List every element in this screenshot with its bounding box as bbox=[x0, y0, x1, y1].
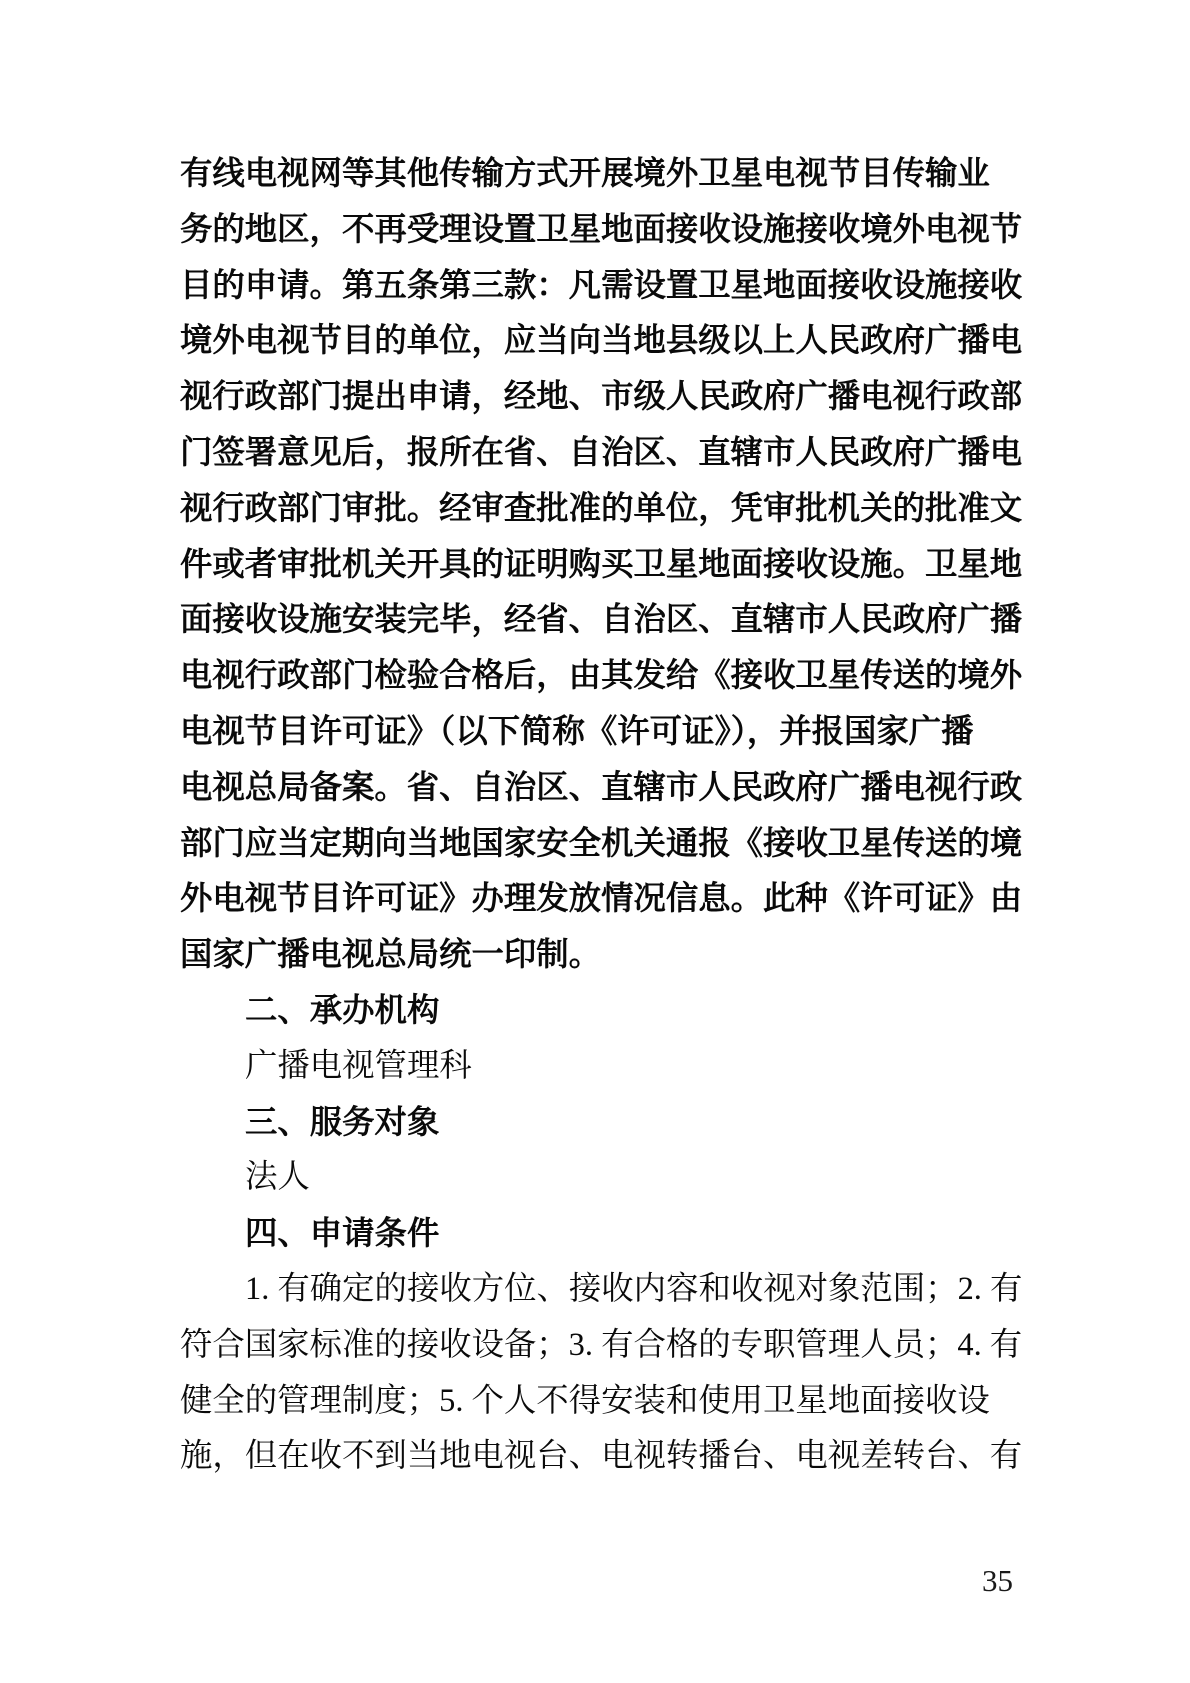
paragraph-line: 视行政部门提出申请，经地、市级人民政府广播电视行政部 bbox=[180, 369, 1030, 425]
section-body-audience: 法人 bbox=[180, 1150, 1030, 1206]
paragraph-line: 国家广播电视总局统一印制。 bbox=[180, 927, 1030, 983]
section-heading-organ: 二、承办机构 bbox=[180, 983, 1030, 1039]
paragraph-line: 电视总局备案。省、自治区、直辖市人民政府广播电视行政 bbox=[180, 760, 1030, 816]
paragraph-line: 电视行政部门检验合格后，由其发给《接收卫星传送的境外 bbox=[180, 648, 1030, 704]
paragraph-line: 视行政部门审批。经审查批准的单位，凭审批机关的批准文 bbox=[180, 481, 1030, 537]
paragraph-line: 务的地区，不再受理设置卫星地面接收设施接收境外电视节 bbox=[180, 202, 1030, 258]
paragraph-line: 电视节目许可证》（以下简称《许可证》），并报国家广播 bbox=[180, 704, 1030, 760]
section-heading-requirements: 四、申请条件 bbox=[180, 1206, 1030, 1262]
section-heading-audience: 三、服务对象 bbox=[180, 1095, 1030, 1151]
paragraph-line: 外电视节目许可证》办理发放情况信息。此种《许可证》由 bbox=[180, 871, 1030, 927]
condition-line: 符合国家标准的接收设备；3. 有合格的专职管理人员；4. 有 bbox=[180, 1318, 1030, 1374]
paragraph-line: 门签署意见后，报所在省、自治区、直辖市人民政府广播电 bbox=[180, 425, 1030, 481]
paragraph-line: 面接收设施安装完毕，经省、自治区、直辖市人民政府广播 bbox=[180, 592, 1030, 648]
condition-line: 健全的管理制度；5. 个人不得安装和使用卫星地面接收设 bbox=[180, 1374, 1030, 1430]
condition-line: 施，但在收不到当地电视台、电视转播台、电视差转台、有 bbox=[180, 1429, 1030, 1485]
section-body-organ: 广播电视管理科 bbox=[180, 1039, 1030, 1095]
paragraph-line: 部门应当定期向当地国家安全机关通报《接收卫星传送的境 bbox=[180, 816, 1030, 872]
condition-line: 1. 有确定的接收方位、接收内容和收视对象范围；2. 有 bbox=[180, 1262, 1030, 1318]
paragraph-line: 件或者审批机关开具的证明购买卫星地面接收设施。卫星地 bbox=[180, 537, 1030, 593]
paragraph-line: 境外电视节目的单位，应当向当地县级以上人民政府广播电 bbox=[180, 313, 1030, 369]
paragraph-line: 有线电视网等其他传输方式开展境外卫星电视节目传输业 bbox=[180, 146, 1030, 202]
page-number: 35 bbox=[982, 1562, 1013, 1599]
paragraph-line: 目的申请。第五条第三款：凡需设置卫星地面接收设施接收 bbox=[180, 258, 1030, 314]
document-page: 有线电视网等其他传输方式开展境外卫星电视节目传输业 务的地区，不再受理设置卫星地… bbox=[0, 0, 1190, 1683]
page-content: 有线电视网等其他传输方式开展境外卫星电视节目传输业 务的地区，不再受理设置卫星地… bbox=[180, 146, 1030, 1485]
